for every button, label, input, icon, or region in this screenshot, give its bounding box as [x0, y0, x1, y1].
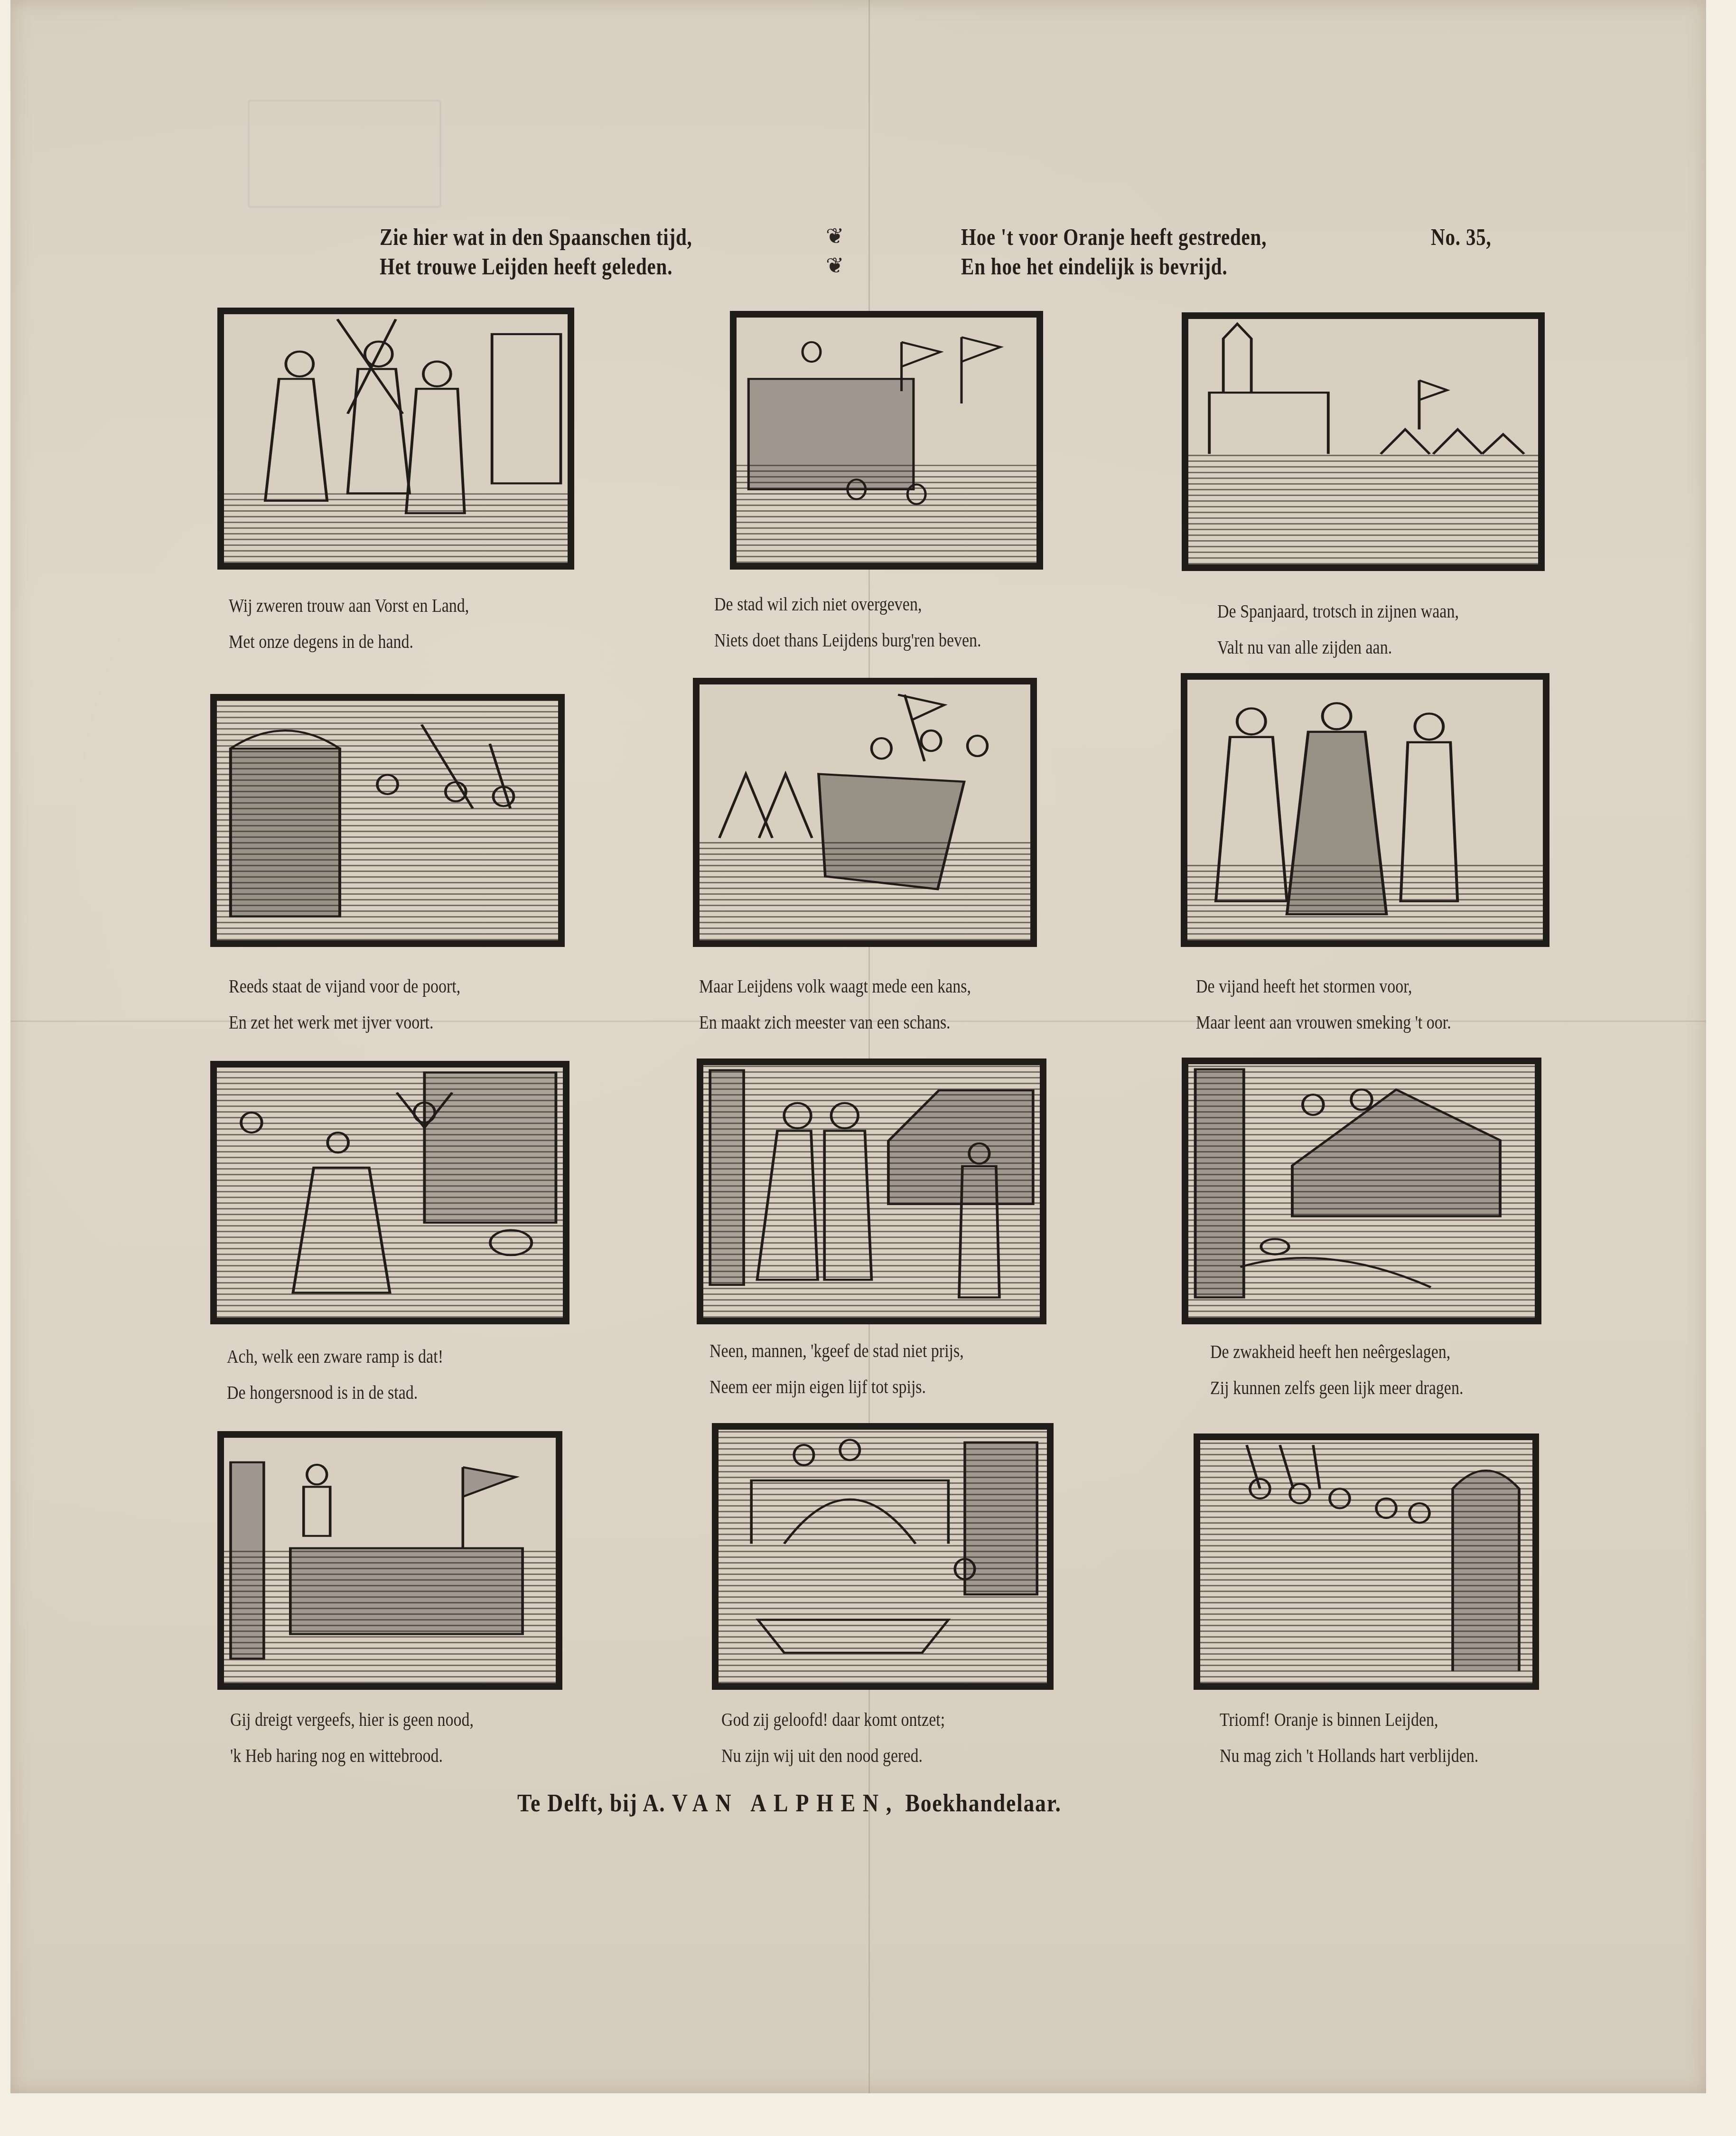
caption-5-line1: Maar Leijdens volk waagt mede een kans, — [699, 968, 971, 1004]
fleuron-ornament-icon: ❦ — [826, 223, 844, 249]
woodcut-panel-7 — [210, 1061, 569, 1324]
woodcut-famine-icon — [217, 1068, 563, 1318]
woodcut-panel-12 — [1194, 1433, 1539, 1690]
woodcut-panel-3 — [1182, 312, 1545, 571]
faded-stamp-showthrough — [248, 100, 441, 208]
caption-7: Ach, welk een zware ramp is dat! De hong… — [227, 1339, 443, 1411]
caption-8-line2: Neem eer mijn eigen lijf tot spijs. — [709, 1369, 964, 1405]
caption-5-line2: En maakt zich meester van een schans. — [699, 1004, 971, 1040]
woodcut-panel-6 — [1181, 673, 1549, 947]
woodcut-herring-bread-icon — [224, 1438, 556, 1683]
woodcut-triumph-entry-icon — [1200, 1440, 1532, 1683]
woodcut-relief-boat-icon — [719, 1430, 1047, 1683]
caption-12-line2: Nu mag zich 't Hollands hart verblijden. — [1220, 1738, 1478, 1774]
caption-3-line1: De Spanjaard, trotsch in zijnen waan, — [1217, 593, 1459, 629]
woodcut-panel-10 — [217, 1431, 562, 1690]
imprint-suffix: Boekhandelaar. — [905, 1790, 1061, 1817]
caption-1-line2: Met onze degens in de hand. — [229, 624, 469, 660]
caption-8: Neen, mannen, 'kgeef de stad niet prijs,… — [709, 1333, 964, 1405]
caption-6-line2: Maar leent aan vrouwen smeking 't oor. — [1196, 1004, 1451, 1040]
caption-12-line1: Triomf! Oranje is binnen Leijden, — [1220, 1702, 1478, 1738]
header-left-line2: Het trouwe Leijden heeft geleden. — [380, 253, 672, 280]
caption-4: Reeds staat de vijand voor de poort, En … — [229, 968, 460, 1040]
fleuron-ornament-icon: ❦ — [826, 253, 844, 278]
woodcut-collapse-icon — [1188, 1064, 1535, 1318]
caption-2-line2: Niets doet thans Leijdens burg'ren beven… — [714, 622, 981, 658]
woodcut-panel-4 — [210, 694, 565, 947]
woodcut-wall-flags-icon — [737, 318, 1036, 563]
caption-7-line1: Ach, welk een zware ramp is dat! — [227, 1339, 443, 1375]
printer-imprint: Te Delft, bij A. VAN ALPHEN, Boekhandela… — [517, 1789, 1062, 1817]
woodcut-panel-2 — [730, 311, 1043, 570]
woodcut-figures-icon — [224, 314, 568, 563]
woodcut-city-camp-icon — [1188, 319, 1538, 564]
caption-10-line2: 'k Heb haring nog en wittebrood. — [230, 1738, 474, 1774]
sheet-number: No. 35, — [1431, 223, 1492, 251]
caption-9-line1: De zwakheid heeft hen neêrgeslagen, — [1210, 1334, 1463, 1370]
caption-11-line1: God zij geloofd! daar komt ontzet; — [721, 1702, 945, 1738]
caption-5: Maar Leijdens volk waagt mede een kans, … — [699, 968, 971, 1040]
woodcut-panel-11 — [712, 1423, 1054, 1690]
caption-2-line1: De stad wil zich niet overgeven, — [714, 586, 981, 622]
caption-2: De stad wil zich niet overgeven, Niets d… — [714, 586, 981, 658]
woodcut-bulwark-assault-icon — [700, 684, 1030, 940]
woodcut-burgomaster-icon — [703, 1065, 1040, 1318]
imprint-prefix: Te Delft, bij — [517, 1790, 638, 1817]
woodcut-panel-8 — [697, 1059, 1046, 1324]
woodcut-panel-9 — [1182, 1058, 1541, 1324]
caption-7-line2: De hongersnood is in de stad. — [227, 1375, 443, 1411]
caption-8-line1: Neen, mannen, 'kgeef de stad niet prijs, — [709, 1333, 964, 1369]
header-right-line2: En hoe het eindelijk is bevrijd. — [961, 253, 1228, 280]
woodcut-panel-5 — [693, 678, 1037, 947]
caption-4-line2: En zet het werk met ijver voort. — [229, 1004, 460, 1040]
imprint-name: VAN ALPHEN, — [672, 1790, 899, 1817]
caption-9-line2: Zij kunnen zelfs geen lijk meer dragen. — [1210, 1370, 1463, 1406]
header-right-line1: Hoe 't voor Oranje heeft gestreden, — [961, 223, 1267, 251]
caption-1-line1: Wij zweren trouw aan Vorst en Land, — [229, 588, 469, 624]
caption-1: Wij zweren trouw aan Vorst en Land, Met … — [229, 588, 469, 660]
caption-10-line1: Gij dreigt vergeefs, hier is geen nood, — [230, 1702, 474, 1738]
header-left-line1: Zie hier wat in den Spaanschen tijd, — [380, 223, 692, 251]
caption-4-line1: Reeds staat de vijand voor de poort, — [229, 968, 460, 1004]
caption-6-line1: De vijand heeft het stormen voor, — [1196, 968, 1451, 1004]
caption-3-line2: Valt nu van alle zijden aan. — [1217, 629, 1459, 665]
woodcut-gate-soldiers-icon — [217, 701, 558, 940]
imprint-initial: A. — [643, 1790, 665, 1817]
woodcut-women-plead-icon — [1187, 680, 1543, 940]
caption-9: De zwakheid heeft hen neêrgeslagen, Zij … — [1210, 1334, 1463, 1406]
caption-12: Triomf! Oranje is binnen Leijden, Nu mag… — [1220, 1702, 1478, 1774]
caption-3: De Spanjaard, trotsch in zijnen waan, Va… — [1217, 593, 1459, 665]
caption-6: De vijand heeft het stormen voor, Maar l… — [1196, 968, 1451, 1040]
caption-11: God zij geloofd! daar komt ontzet; Nu zi… — [721, 1702, 945, 1774]
caption-10: Gij dreigt vergeefs, hier is geen nood, … — [230, 1702, 474, 1774]
caption-11-line2: Nu zijn wij uit den nood gered. — [721, 1738, 945, 1774]
woodcut-panel-1 — [217, 308, 574, 570]
